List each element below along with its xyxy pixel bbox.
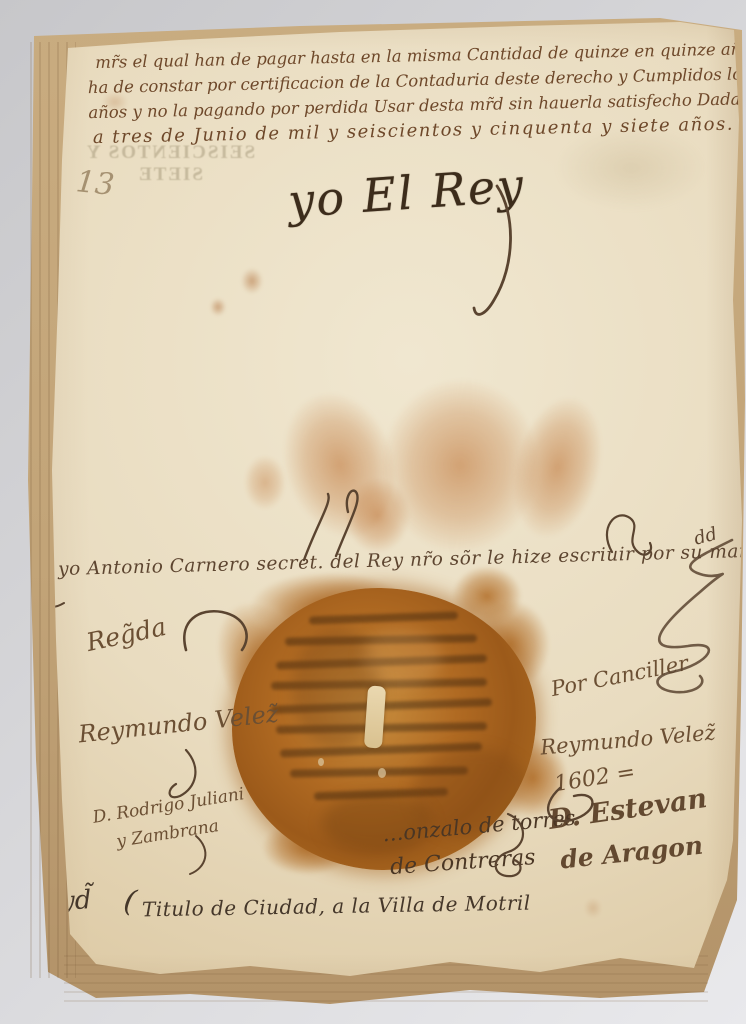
seal-speck	[378, 768, 386, 778]
fox-spot	[241, 268, 263, 294]
photograph: SEISCIENTOS Y SIETE 13 mr̃s el qual han …	[0, 0, 746, 1024]
seal-highlight	[362, 628, 442, 688]
seal-speck	[318, 758, 324, 766]
body-text-block: mr̃s el qual han de pagar hasta en la mi…	[87, 34, 746, 150]
fox-spot	[210, 298, 226, 316]
stain-blob	[244, 455, 286, 510]
seal-text-smudge	[309, 611, 458, 624]
fox-spot	[584, 898, 602, 918]
stain-blob	[345, 478, 410, 553]
fox-spot	[102, 92, 128, 112]
folio-mark: 13	[74, 164, 116, 203]
manuscript-page: SEISCIENTOS Y SIETE 13 mr̃s el qual han …	[0, 0, 746, 1024]
